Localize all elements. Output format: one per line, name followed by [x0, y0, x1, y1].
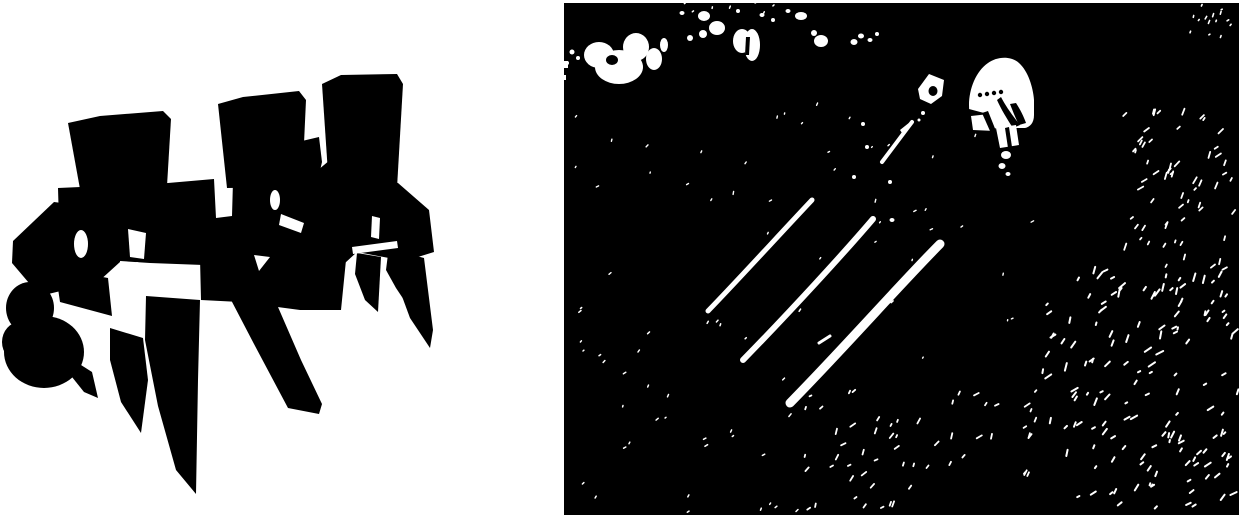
- seeder-machine-silhouette: [0, 0, 540, 520]
- grass-speck: [581, 308, 582, 309]
- grass-speck: [820, 258, 821, 259]
- grass-speck: [1179, 278, 1181, 280]
- grass-speck: [1230, 24, 1231, 25]
- grass-speck: [1219, 259, 1220, 264]
- grass-speck: [1176, 288, 1177, 294]
- grass-speck: [1184, 255, 1185, 260]
- grass-speck: [828, 152, 830, 153]
- gap-speck: [890, 218, 895, 222]
- grass-speck: [575, 116, 576, 117]
- grass-speck: [1229, 456, 1231, 458]
- torso-frag: [1001, 151, 1011, 159]
- foliage-blob: [795, 12, 807, 20]
- grass-speck: [1201, 5, 1202, 7]
- hopper-1: [68, 111, 171, 189]
- hat-band-dot: [985, 92, 989, 96]
- gap-speck: [865, 145, 869, 149]
- grass-speck: [1153, 110, 1154, 114]
- gap-blob-2: [270, 190, 280, 210]
- foliage-speck: [868, 38, 873, 42]
- grass-speck: [731, 430, 732, 432]
- right-binarized-image: [564, 3, 1239, 515]
- left-binarized-image: [0, 0, 540, 520]
- grass-speck: [1231, 334, 1232, 339]
- grass-speck: [875, 241, 876, 242]
- grass-speck: [849, 117, 850, 118]
- grass-speck: [1209, 34, 1210, 35]
- grass-speck: [711, 199, 712, 201]
- grass-speck: [881, 507, 884, 508]
- grass-speck: [1150, 372, 1152, 373]
- marker-notch: [929, 86, 938, 96]
- grass-speck: [777, 116, 778, 118]
- grass-speck: [891, 424, 892, 426]
- grass-speck: [896, 435, 897, 437]
- foliage-speck: [858, 34, 864, 39]
- grass-speck: [1096, 323, 1097, 326]
- grass-speck: [975, 134, 976, 136]
- foliage-speck: [736, 9, 740, 13]
- grass-speck: [665, 417, 666, 418]
- torso-frag: [999, 163, 1006, 169]
- grass-speck: [805, 455, 806, 457]
- grass-speck: [583, 350, 584, 351]
- grass-speck: [1220, 12, 1221, 15]
- grass-speck: [903, 463, 904, 466]
- grass-speck: [863, 450, 864, 455]
- foliage-speck: [875, 32, 879, 36]
- foliage-speck: [771, 18, 775, 22]
- foliage-speck: [851, 39, 858, 45]
- grass-speck: [707, 321, 708, 323]
- field-furrows-photo: [564, 3, 1239, 515]
- grass-speck: [1213, 14, 1214, 17]
- grass-speck: [872, 147, 873, 148]
- gap-ring: [74, 230, 88, 258]
- grass-speck: [688, 495, 689, 497]
- grass-speck: [611, 139, 612, 141]
- grass-speck: [745, 162, 746, 164]
- grass-speck: [684, 3, 685, 4]
- grass-speck: [1042, 369, 1043, 373]
- grass-speck: [1223, 311, 1225, 312]
- grass-speck: [668, 395, 669, 397]
- grass-speck: [629, 442, 630, 444]
- grass-speck: [1146, 394, 1149, 396]
- grass-speck: [730, 6, 731, 8]
- grass-speck: [599, 355, 601, 356]
- grass-speck: [834, 169, 835, 170]
- grass-speck: [1148, 242, 1149, 245]
- grass-speck: [770, 503, 771, 504]
- grass-speck: [1224, 236, 1225, 240]
- hat-band-dot: [978, 93, 982, 97]
- grass-speck: [933, 156, 934, 158]
- grass-speck: [764, 12, 765, 13]
- grass-speck: [952, 400, 953, 403]
- grass-speck: [1188, 480, 1191, 482]
- grass-speck: [810, 395, 812, 396]
- gap-slit-1: [133, 288, 143, 333]
- grass-speck: [1222, 413, 1224, 415]
- grass-speck: [925, 209, 926, 211]
- marker-speck: [918, 119, 921, 122]
- grass-speck: [880, 222, 881, 223]
- grass-speck: [1198, 20, 1199, 21]
- grass-speck: [761, 508, 762, 510]
- grass-speck: [875, 459, 878, 460]
- grass-speck: [1181, 299, 1183, 302]
- foliage-blob: [660, 38, 668, 52]
- grass-speck: [1175, 374, 1177, 376]
- grass-speck: [745, 338, 746, 339]
- grass-speck: [1078, 278, 1080, 281]
- foliage-blob: [623, 33, 649, 61]
- grass-speck: [596, 186, 598, 187]
- grass-speck: [692, 11, 693, 12]
- grass-speck: [1093, 445, 1094, 448]
- hopper-2: [218, 91, 306, 188]
- grass-speck: [1227, 464, 1228, 467]
- grass-speck: [1100, 391, 1102, 392]
- grass-speck: [1166, 274, 1167, 277]
- grass-speck: [1208, 21, 1209, 24]
- grass-speck: [580, 341, 581, 342]
- grass-speck: [815, 504, 816, 508]
- grass-speck: [1194, 188, 1196, 190]
- hat-band-dot: [992, 91, 996, 95]
- grass-speck: [773, 5, 774, 6]
- grass-speck: [848, 465, 851, 466]
- grass-speck: [897, 420, 898, 422]
- marker-speck: [921, 111, 925, 115]
- grass-speck: [951, 433, 952, 438]
- grass-speck: [1168, 170, 1169, 173]
- grass-speck: [961, 226, 963, 227]
- grass-speck: [701, 151, 702, 153]
- grass-speck: [1166, 265, 1167, 267]
- gap-speck: [861, 122, 865, 126]
- foliage-blob: [814, 35, 828, 47]
- foliage-blob: [709, 21, 725, 35]
- grass-speck: [575, 166, 576, 167]
- gap-speck: [888, 180, 892, 184]
- gap-slit-2: [371, 216, 380, 239]
- edge-bit: [564, 61, 568, 68]
- grass-speck: [1227, 323, 1229, 325]
- grass-speck: [888, 145, 889, 146]
- wheel-left-lobe: [2, 322, 38, 362]
- foliage-blob: [646, 48, 662, 70]
- grass-speck: [1138, 371, 1140, 372]
- grass-speck: [1087, 393, 1088, 395]
- grass-speck: [1190, 31, 1191, 33]
- grass-speck: [1150, 483, 1151, 485]
- grass-speck: [1140, 238, 1141, 240]
- foliage-speck: [786, 9, 791, 13]
- hat-band-dot: [999, 90, 1003, 94]
- grass-speck: [802, 123, 803, 124]
- foliage-speck: [811, 30, 817, 36]
- gap-dot-1: [133, 262, 141, 272]
- grass-speck: [1203, 118, 1205, 120]
- grass-speck: [1227, 20, 1229, 21]
- grass-speck: [720, 324, 721, 326]
- grass-speck: [624, 447, 626, 448]
- foliage-speck: [570, 50, 575, 55]
- grass-speck: [1111, 277, 1114, 279]
- grass-speck: [687, 511, 689, 512]
- gap-speck: [852, 175, 856, 179]
- grass-speck: [1169, 440, 1170, 442]
- grass-speck: [913, 464, 914, 467]
- foliage-hole: [606, 55, 618, 65]
- grass-speck: [1035, 390, 1037, 392]
- grass-speck: [1188, 200, 1189, 202]
- grass-speck: [1066, 450, 1067, 456]
- grass-speck: [1077, 496, 1079, 497]
- grass-speck: [1011, 318, 1013, 319]
- grass-speck: [1046, 304, 1048, 306]
- grass-speck: [836, 429, 837, 434]
- grass-speck: [805, 407, 806, 409]
- grass-speck: [1221, 9, 1222, 10]
- foliage-blob: [698, 11, 710, 21]
- figure-canvas: [0, 0, 1240, 520]
- grass-speck: [732, 436, 733, 437]
- grass-speck: [733, 192, 734, 195]
- grass-speck: [991, 434, 992, 439]
- grass-speck: [817, 103, 818, 105]
- grass-speck: [1085, 362, 1086, 366]
- grass-speck: [1031, 409, 1032, 411]
- grass-speck: [849, 391, 850, 394]
- grass-speck: [1178, 327, 1179, 329]
- grass-speck: [930, 229, 932, 230]
- grass-speck: [1220, 36, 1221, 38]
- grass-speck: [1092, 427, 1095, 429]
- torso-frag: [1006, 172, 1011, 176]
- grass-speck: [1069, 317, 1070, 323]
- grass-speck: [1212, 281, 1214, 283]
- grass-speck: [687, 184, 689, 185]
- grass-speck: [648, 385, 649, 387]
- grass-speck: [1225, 294, 1227, 296]
- grass-speck: [923, 357, 924, 358]
- grass-speck: [1151, 485, 1152, 487]
- grass-speck: [1160, 331, 1161, 338]
- grass-speck: [1050, 418, 1051, 423]
- grass-speck: [1204, 384, 1206, 385]
- grass-speck: [1147, 161, 1148, 164]
- foliage-speck: [680, 11, 685, 15]
- edge-bit: [564, 75, 566, 80]
- grass-speck: [582, 483, 584, 484]
- grass-speck: [875, 199, 876, 202]
- foliage-speck: [687, 35, 693, 41]
- grass-speck: [854, 497, 856, 499]
- grass-speck: [595, 496, 596, 498]
- grass-speck: [890, 502, 891, 506]
- grass-speck: [1092, 359, 1093, 363]
- foliage-speck: [576, 56, 580, 60]
- grass-speck: [1176, 413, 1178, 415]
- grass-speck: [1224, 432, 1226, 434]
- grass-speck: [1170, 164, 1171, 169]
- gap-blob-1: [128, 229, 146, 259]
- grass-speck: [768, 232, 769, 234]
- grass-speck: [1135, 150, 1136, 153]
- grass-speck: [762, 454, 764, 455]
- grass-speck: [1216, 20, 1217, 21]
- right-image-background: [564, 3, 1239, 515]
- grass-speck: [1168, 433, 1169, 437]
- grass-speck: [1024, 472, 1025, 474]
- foliage-blob: [699, 30, 707, 38]
- grass-speck: [1175, 240, 1176, 242]
- grass-speck: [1125, 402, 1127, 403]
- grass-speck: [1095, 466, 1096, 468]
- grass-speck: [1118, 290, 1119, 297]
